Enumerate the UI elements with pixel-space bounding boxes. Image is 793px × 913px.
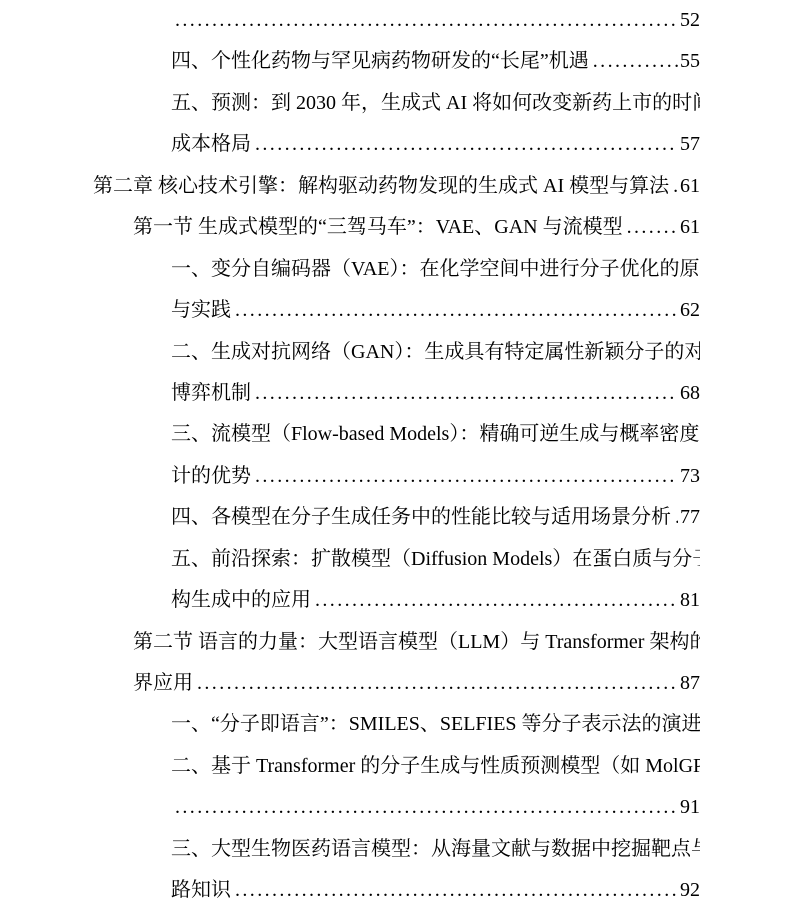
toc-entry-line[interactable]: 五、前沿探索：扩散模型（Diffusion Models）在蛋白质与分子结 (93, 539, 700, 580)
table-of-contents: ........................................… (0, 0, 793, 912)
toc-entry-text: 一、变分自编码器（VAE）：在化学空间中进行分子优化的原理 (171, 249, 700, 290)
dot-leader: ........................................… (593, 41, 678, 82)
toc-entry-text: 第二节 语言的力量：大型语言模型（LLM）与 Transformer 架构的跨 (133, 622, 700, 663)
dot-leader: ........................................… (235, 290, 678, 331)
toc-entry-line[interactable]: 四、各模型在分子生成任务中的性能比较与适用场景分析...............… (93, 497, 700, 538)
toc-entry-text: 构生成中的应用 (171, 580, 311, 621)
dot-leader: ........................................… (675, 497, 678, 538)
toc-entry-text: 三、流模型（Flow-based Models）：精确可逆生成与概率密度估 (171, 414, 700, 455)
dot-leader: ........................................… (235, 870, 678, 911)
dot-leader: ........................................… (673, 166, 678, 207)
toc-entry-line[interactable]: ........................................… (93, 0, 700, 41)
toc-entry-line[interactable]: ........................................… (93, 787, 700, 828)
toc-entry-text: 计的优势 (171, 456, 251, 497)
document-page: ........................................… (0, 0, 793, 913)
toc-entry-line[interactable]: 三、大型生物医药语言模型：从海量文献与数据中挖掘靶点与通 (93, 829, 700, 870)
toc-entry-text: 三、大型生物医药语言模型：从海量文献与数据中挖掘靶点与通 (171, 829, 700, 870)
page-number: 61 (680, 166, 700, 207)
toc-entry-line[interactable]: 与实践.....................................… (93, 290, 700, 331)
page-number: 52 (680, 0, 700, 41)
toc-entry-text: 一、“分子即语言”：SMILES、SELFIES 等分子表示法的演进 (171, 704, 700, 745)
page-number: 68 (680, 373, 700, 414)
toc-entry-line[interactable]: 一、“分子即语言”：SMILES、SELFIES 等分子表示法的演进......… (93, 704, 700, 745)
toc-entry-text: 四、个性化药物与罕见病药物研发的“长尾”机遇 (171, 41, 589, 82)
toc-entry-line[interactable]: 构生成中的应用.................................… (93, 580, 700, 621)
toc-entry-text: 第二章 核心技术引擎：解构驱动药物发现的生成式 AI 模型与算法 (93, 166, 669, 207)
toc-entry-line[interactable]: 第二章 核心技术引擎：解构驱动药物发现的生成式 AI 模型与算法........… (93, 166, 700, 207)
toc-entry-text: 第一节 生成式模型的“三驾马车”：VAE、GAN 与流模型 (133, 207, 623, 248)
toc-entry-line[interactable]: 五、预测：到 2030 年，生成式 AI 将如何改变新药上市的时间与 (93, 83, 700, 124)
dot-leader: ........................................… (255, 124, 678, 165)
toc-entry-line[interactable]: 二、生成对抗网络（GAN）：生成具有特定属性新颖分子的对抗 (93, 332, 700, 373)
toc-entry-line[interactable]: 界应用.....................................… (93, 663, 700, 704)
toc-entry-text: 路知识 (171, 870, 231, 911)
toc-entry-text: 五、前沿探索：扩散模型（Diffusion Models）在蛋白质与分子结 (171, 539, 700, 580)
page-number: 77 (680, 497, 700, 538)
page-number: 73 (680, 456, 700, 497)
dot-leader: ........................................… (315, 580, 678, 621)
toc-entry-text: 四、各模型在分子生成任务中的性能比较与适用场景分析 (171, 497, 671, 538)
toc-entry-line[interactable]: 博弈机制....................................… (93, 373, 700, 414)
dot-leader: ........................................… (255, 373, 678, 414)
toc-entry-line[interactable]: 路知识.....................................… (93, 870, 700, 911)
page-number: 57 (680, 124, 700, 165)
toc-entry-text: 与实践 (171, 290, 231, 331)
toc-entry-text: 二、生成对抗网络（GAN）：生成具有特定属性新颖分子的对抗 (171, 332, 700, 373)
toc-entry-text: 成本格局 (171, 124, 251, 165)
dot-leader: ........................................… (197, 663, 678, 704)
page-number: 62 (680, 290, 700, 331)
toc-entry-line[interactable]: 计的优势....................................… (93, 456, 700, 497)
toc-entry-text: 二、基于 Transformer 的分子生成与性质预测模型（如 MolGPT） (171, 746, 700, 787)
page-number: 87 (680, 663, 700, 704)
toc-entry-text: 博弈机制 (171, 373, 251, 414)
dot-leader: ........................................… (175, 787, 678, 828)
toc-entry-line[interactable]: 四、个性化药物与罕见病药物研发的“长尾”机遇..................… (93, 41, 700, 82)
dot-leader: ........................................… (255, 456, 678, 497)
toc-entry-line[interactable]: 三、流模型（Flow-based Models）：精确可逆生成与概率密度估 (93, 414, 700, 455)
page-number: 91 (680, 787, 700, 828)
dot-leader: ........................................… (175, 0, 678, 41)
page-number: 92 (680, 870, 700, 911)
toc-entry-line[interactable]: 一、变分自编码器（VAE）：在化学空间中进行分子优化的原理 (93, 249, 700, 290)
dot-leader: ........................................… (627, 207, 678, 248)
toc-entry-line[interactable]: 成本格局....................................… (93, 124, 700, 165)
page-number: 81 (680, 580, 700, 621)
page-number: 55 (680, 41, 700, 82)
toc-entry-line[interactable]: 第一节 生成式模型的“三驾马车”：VAE、GAN 与流模型...........… (93, 207, 700, 248)
toc-entry-line[interactable]: 二、基于 Transformer 的分子生成与性质预测模型（如 MolGPT） (93, 746, 700, 787)
toc-entry-line[interactable]: 第二节 语言的力量：大型语言模型（LLM）与 Transformer 架构的跨 (93, 622, 700, 663)
page-number: 61 (680, 207, 700, 248)
toc-entry-text: 界应用 (133, 663, 193, 704)
toc-entry-text: 五、预测：到 2030 年，生成式 AI 将如何改变新药上市的时间与 (171, 83, 700, 124)
